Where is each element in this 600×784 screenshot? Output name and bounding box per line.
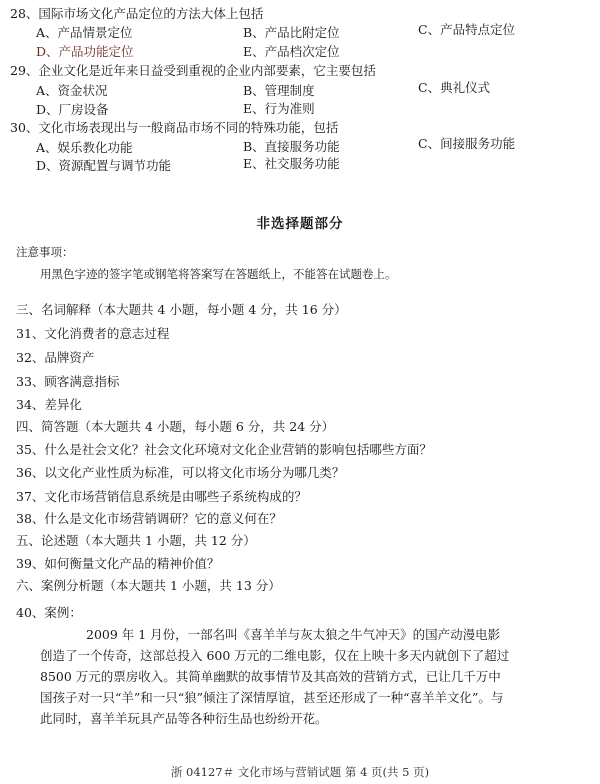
question-37: 37、文化市场营销信息系统是由哪些子系统构成的？ xyxy=(16,489,307,505)
q29-option-a: A、资金状况 xyxy=(36,83,108,99)
section-6-header: 六、案例分析题（本大题共 1 小题，共 13 分） xyxy=(16,578,281,594)
question-30-stem: 30、文化市场表现出与一般商品市场不同的特殊功能，包括 xyxy=(10,120,338,136)
q28-option-c: C、产品特点定位 xyxy=(418,22,515,38)
q30-option-e: E、社交服务功能 xyxy=(243,156,340,172)
question-40: 40、案例： xyxy=(16,605,82,621)
question-38: 38、什么是文化市场营销调研？它的意义何在？ xyxy=(16,511,282,527)
question-29-stem: 29、企业文化是近年来日益受到重视的企业内部要素，它主要包括 xyxy=(10,63,376,79)
q29-option-b: B、管理制度 xyxy=(243,83,315,99)
q30-option-a: A、娱乐教化功能 xyxy=(36,140,133,156)
notice-body: 用黑色字迹的签字笔或钢笔将答案写在答题纸上，不能答在试题卷上。 xyxy=(40,266,397,282)
question-35: 35、什么是社会文化？社会文化环境对文化企业营销的影响包括哪些方面？ xyxy=(16,442,432,458)
q28-option-e: E、产品档次定位 xyxy=(243,44,340,60)
q28-option-d: D、产品功能定位 xyxy=(36,44,134,60)
question-32: 32、品牌资产 xyxy=(16,350,94,366)
question-31: 31、文化消费者的意志过程 xyxy=(16,326,169,342)
question-36: 36、以文化产业性质为标准，可以将文化市场分为哪几类？ xyxy=(16,465,344,481)
question-39: 39、如何衡量文化产品的精神价值？ xyxy=(16,556,219,572)
q28-option-b: B、产品比附定位 xyxy=(243,25,340,41)
q29-option-d: D、厂房设备 xyxy=(36,102,109,118)
part-title: 非选择题部分 xyxy=(0,212,600,232)
q30-option-d: D、资源配置与调节功能 xyxy=(36,158,171,174)
q29-option-c: C、典礼仪式 xyxy=(418,80,490,96)
q30-option-c: C、间接服务功能 xyxy=(418,136,515,152)
case-paragraph: 2009 年 1 月份，一部名叫《喜羊羊与灰太狼之牛气冲天》的国产动漫电影创造了… xyxy=(40,624,510,729)
notice-heading: 注意事项： xyxy=(16,244,74,260)
q30-option-b: B、直接服务功能 xyxy=(243,139,340,155)
question-33: 33、顾客满意指标 xyxy=(16,374,119,390)
section-4-header: 四、简答题（本大题共 4 小题，每小题 6 分，共 24 分） xyxy=(16,419,334,435)
q29-option-e: E、行为准则 xyxy=(243,101,315,117)
case-text: 2009 年 1 月份，一部名叫《喜羊羊与灰太狼之牛气冲天》的国产动漫电影创造了… xyxy=(40,627,509,726)
question-28-stem: 28、国际市场文化产品定位的方法大体上包括 xyxy=(10,6,263,22)
question-34: 34、差异化 xyxy=(16,397,82,413)
section-5-header: 五、论述题（本大题共 1 小题，共 12 分） xyxy=(16,533,256,549)
q28-option-a: A、产品情景定位 xyxy=(36,25,133,41)
section-3-header: 三、名词解释（本大题共 4 小题，每小题 4 分，共 16 分） xyxy=(16,302,347,318)
page-footer: 浙 04127＃ 文化市场与营销试题 第 4 页(共 5 页) xyxy=(0,764,600,780)
